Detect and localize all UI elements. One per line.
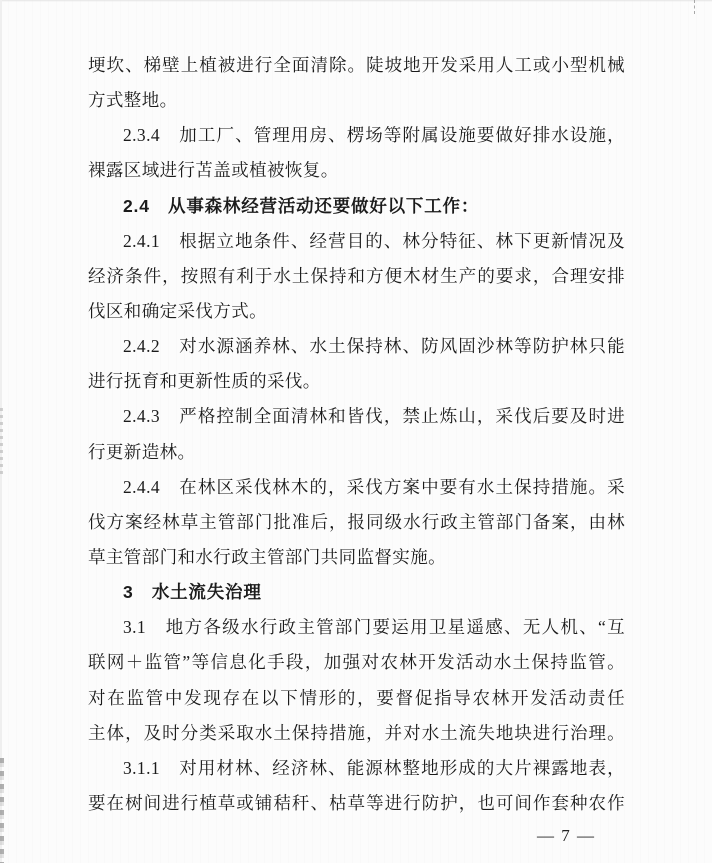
document-body: 埂坎、梯壁上植被进行全面清除。陡坡地开发采用人工或小型机械 方式整地。 2.3.… (88, 48, 625, 821)
section-heading: 2.4 从事森林经营活动还要做好以下工作： (123, 189, 625, 224)
text-line: 主体，及时分类采取水土保持措施，并对水土流失地块进行治理。 (88, 716, 625, 751)
scan-artifact-left-smudge-bottom (0, 758, 4, 863)
text-line: 埂坎、梯壁上植被进行全面清除。陡坡地开发采用人工或小型机械 (88, 48, 625, 83)
text-line: 经济条件，按照有利于水土保持和方便木材生产的要求，合理安排 (88, 259, 625, 294)
text-line-numbered: 2.3.4 加工厂、管理用房、楞场等附属设施要做好排水设施， (123, 118, 625, 153)
text-line-numbered: 2.4.1 根据立地条件、经营目的、林分特征、林下更新情况及 (123, 224, 625, 259)
text-line: 行更新造林。 (88, 435, 625, 470)
text-line: 伐区和确定采伐方式。 (88, 294, 625, 329)
text-line: 草主管部门和水行政主管部门共同监督实施。 (88, 540, 625, 575)
page-number: — 7 — (537, 826, 596, 846)
text-line: 裸露区域进行苫盖或植被恢复。 (88, 153, 625, 188)
text-line: 联网＋监管”等信息化手段，加强对农林开发活动水土保持监管。 (88, 645, 625, 680)
text-line: 对在监管中发现存在以下情形的，要督促指导农林开发活动责任 (88, 681, 625, 716)
text-line-numbered: 3.1 地方各级水行政主管部门要运用卫星遥感、无人机、“互 (123, 610, 625, 645)
text-line-numbered: 2.4.3 严格控制全面清林和皆伐，禁止炼山，采伐后要及时进 (123, 399, 625, 434)
scanned-document-page: { "page": { "background": "#fcfcfc", "te… (0, 0, 712, 863)
scan-artifact-top-edge (0, 0, 712, 2)
scan-artifact-left-smudge-mid (0, 408, 3, 476)
text-line-numbered: 2.4.2 对水源涵养林、水土保持林、防风固沙林等防护林只能 (123, 329, 625, 364)
text-line-numbered: 3.1.1 对用材林、经济林、能源林整地形成的大片裸露地表， (123, 751, 625, 786)
text-line-numbered: 2.4.4 在林区采伐林木的，采伐方案中要有水土保持措施。采 (123, 470, 625, 505)
section-heading: 3 水土流失治理 (123, 575, 625, 610)
text-line: 进行抚育和更新性质的采伐。 (88, 364, 625, 399)
text-line: 要在树间进行植草或铺秸秆、枯草等进行防护，也可间作套种农作 (88, 786, 625, 821)
text-line: 伐方案经林草主管部门批准后，报同级水行政主管部门备案，由林 (88, 505, 625, 540)
text-line: 方式整地。 (88, 83, 625, 118)
scan-artifact-top-right-mark (694, 0, 695, 14)
